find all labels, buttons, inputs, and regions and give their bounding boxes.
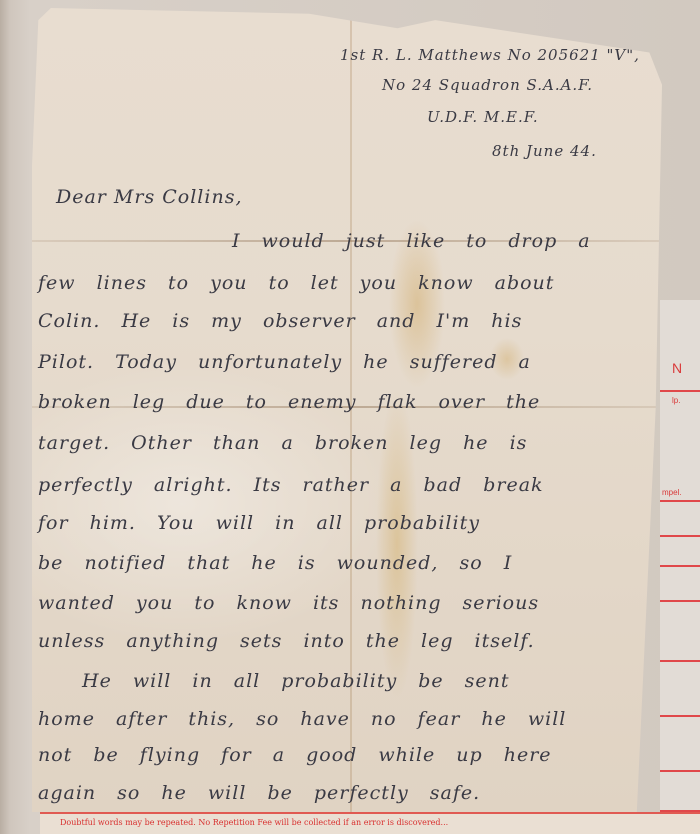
form-fragment-lp: lp. <box>672 396 680 405</box>
body-line: I would just like to drop a <box>232 230 591 252</box>
body-line: He will in all probability be sent <box>82 670 510 692</box>
form-fragment-mpel: mpel. <box>662 488 682 497</box>
form-rule <box>660 500 700 502</box>
body-line: few lines to you to let you know about <box>38 272 554 294</box>
form-rule <box>660 535 700 537</box>
body-line: home after this, so have no fear he will <box>38 708 566 730</box>
salutation: Dear Mrs Collins, <box>56 186 243 208</box>
form-rule <box>660 770 700 772</box>
form-rule <box>660 715 700 717</box>
form-rule <box>660 660 700 662</box>
sender-name-line: 1st R. L. Matthews No 205621 "V", <box>340 46 640 64</box>
body-line: not be flying for a good while up here <box>38 744 552 766</box>
form-rule <box>660 600 700 602</box>
body-line: unless anything sets into the leg itself… <box>38 630 535 652</box>
body-line: be notified that he is wounded, so I <box>38 552 512 574</box>
letter-date: 8th June 44. <box>492 142 597 160</box>
footer-notice: Doubtful words may be repeated. No Repet… <box>60 818 448 827</box>
body-line: Colin. He is my observer and I'm his <box>38 310 522 332</box>
form-rule <box>660 390 700 392</box>
body-line: for him. You will in all probability <box>38 512 480 534</box>
telegram-footer-strip: Doubtful words may be repeated. No Repet… <box>40 812 700 834</box>
body-line: target. Other than a broken leg he is <box>38 432 527 454</box>
letter-page: 1st R. L. Matthews No 205621 "V", No 24 … <box>32 4 662 812</box>
body-line: again so he will be perfectly safe. <box>38 782 480 804</box>
body-line: perfectly alright. Its rather a bad brea… <box>38 474 544 496</box>
sender-squadron-line: No 24 Squadron S.A.A.F. <box>382 76 593 94</box>
telegram-form-backing: N lp. mpel. <box>660 300 700 834</box>
form-rule <box>660 565 700 567</box>
body-line: wanted you to know its nothing serious <box>38 592 539 614</box>
sender-unit-line: U.D.F. M.E.F. <box>427 108 539 126</box>
body-line: Pilot. Today unfortunately he suffered a <box>38 351 531 373</box>
form-fragment-n: N <box>672 360 682 376</box>
body-line: broken leg due to enemy flak over the <box>38 391 540 413</box>
